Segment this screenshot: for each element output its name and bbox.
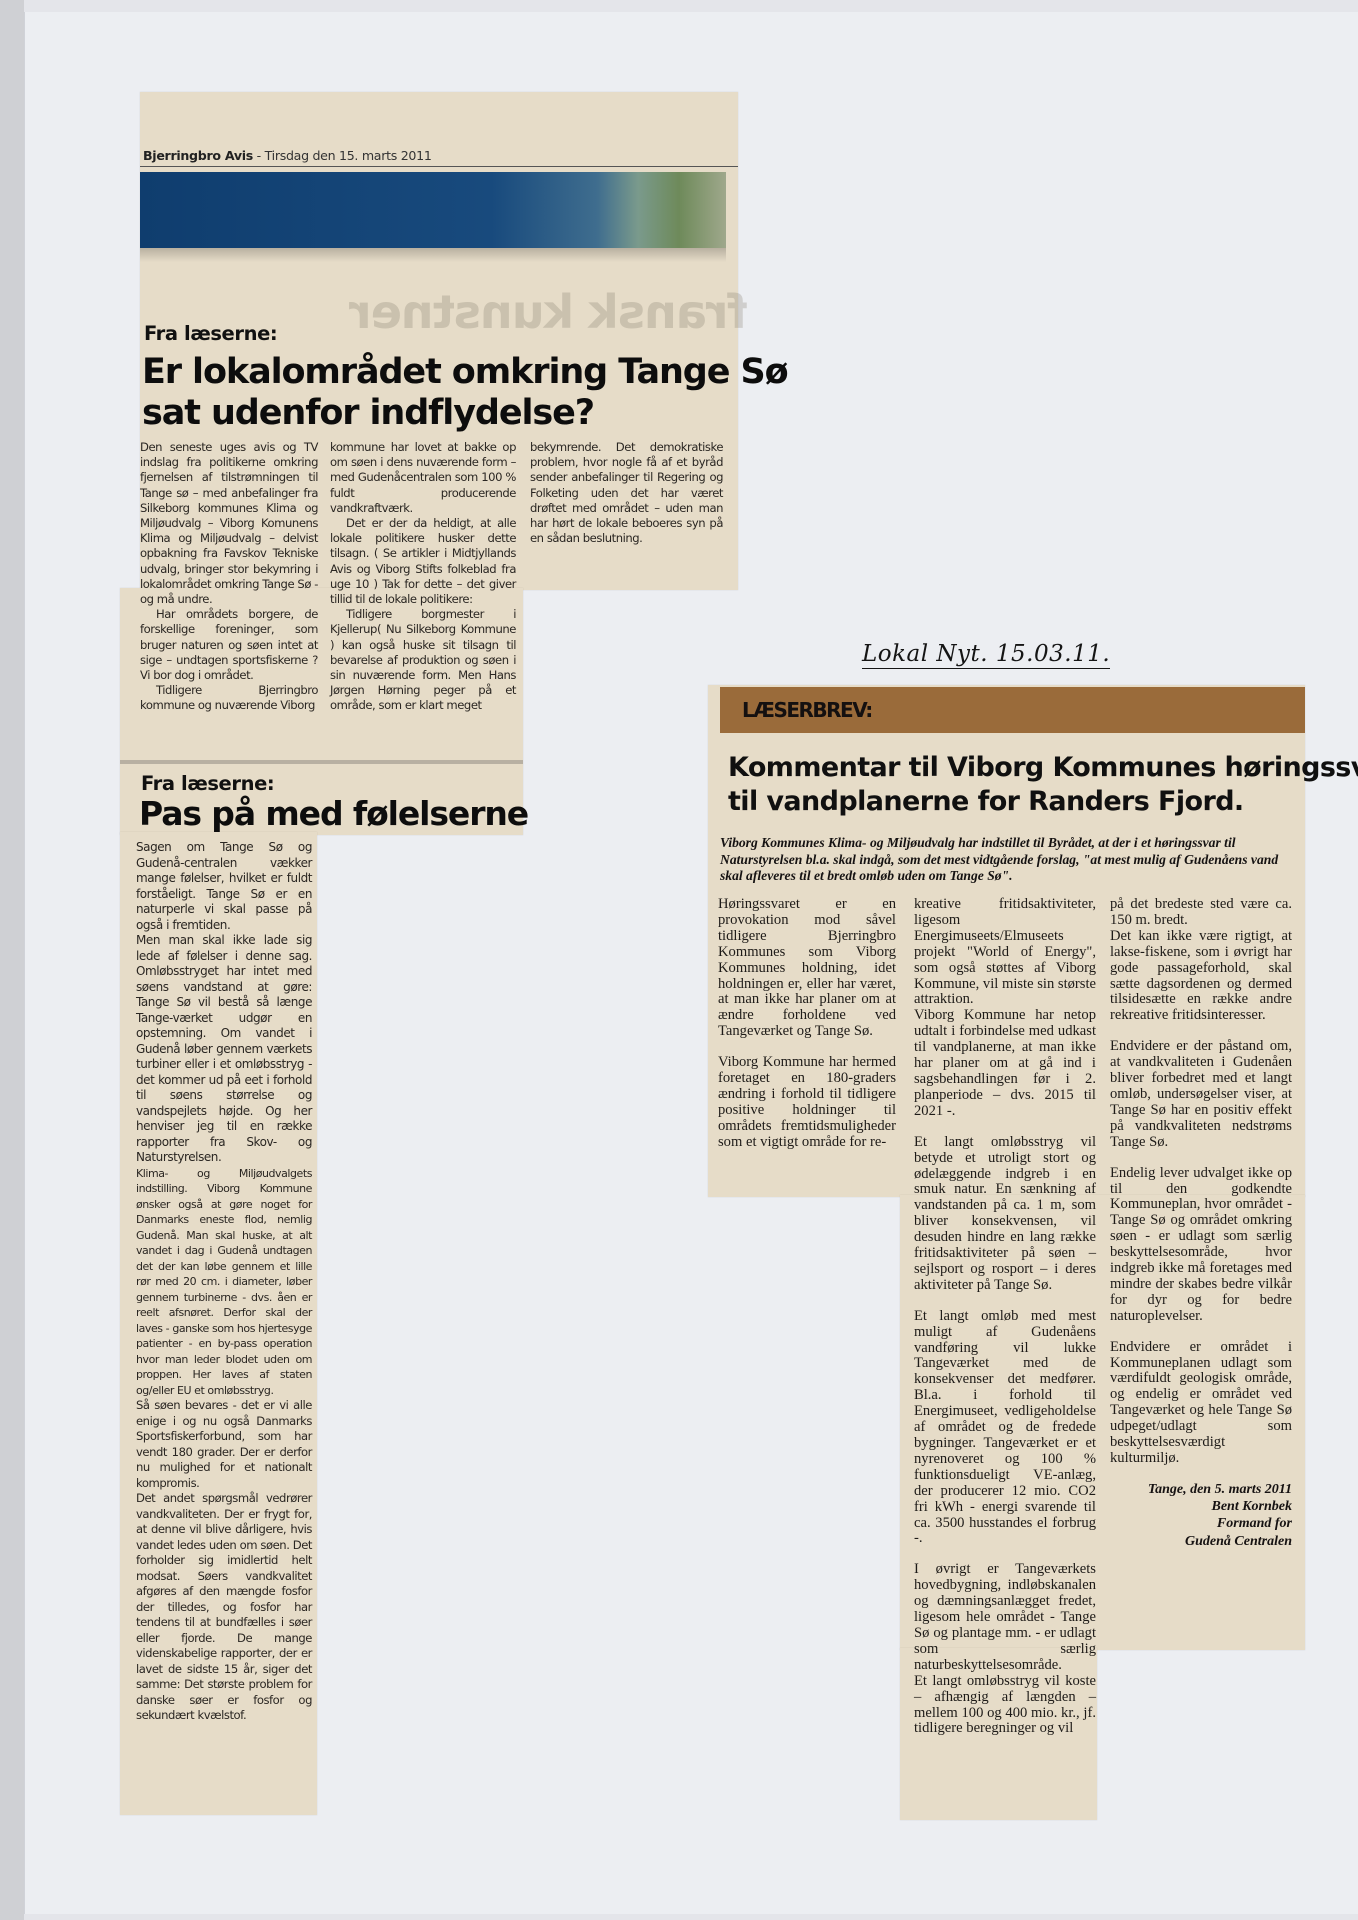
paragraph: Det er der da heldigt, at alle lokale po…: [330, 516, 516, 607]
article1-headline-line1: Er lokalområdet omkring Tange Sø: [142, 352, 788, 392]
paragraph: Det andet spørgsmål vedrører vandkvalite…: [136, 1491, 312, 1724]
article2-headline: Pas på med følelserne: [139, 794, 528, 834]
paragraph: I øvrigt er Tangeværkets hovedbygning, i…: [914, 1562, 1096, 1673]
article2-kicker: Fra læserne:: [141, 772, 274, 795]
paragraph: Den seneste uges avis og TV indslag fra …: [140, 440, 318, 607]
paragraph: Et langt omløb med mest muligt af Gudenå…: [914, 1309, 1096, 1548]
paragraph: Tidligere borgmester i Kjellerup( Nu Sil…: [330, 607, 516, 713]
paragraph: på det bredeste sted være ca. 150 m. bre…: [1110, 897, 1292, 929]
paragraph: Viborg Kommune har hermed foretaget en 1…: [718, 1055, 896, 1150]
paragraph: bekymrende. Det demokratiske problem, hv…: [530, 440, 723, 546]
paragraph: Har områdets borgere, de forskellige for…: [140, 607, 318, 683]
paragraph: kommune har lovet at bakke op om søen i …: [330, 440, 516, 516]
paragraph: Endelig lever udvalget ikke op til den g…: [1110, 1166, 1292, 1325]
article1-kicker: Fra læserne:: [144, 322, 277, 345]
article1-column-3: bekymrende. Det demokratiske problem, hv…: [530, 440, 723, 546]
paragraph: Høringssvaret er en provokation mod såve…: [718, 897, 896, 1040]
signature-name: Bent Kornbek: [1110, 1498, 1292, 1515]
paragraph: Sagen om Tange Sø og Gudenå-centralen væ…: [136, 840, 312, 933]
handwritten-note: Lokal Nyt. 15.03.11.: [862, 641, 1110, 669]
clipping2-column-3: på det bredeste sted være ca. 150 m. bre…: [1110, 897, 1292, 1550]
article1-column-2: kommune har lovet at bakke op om søen i …: [330, 440, 516, 714]
signature-place-date: Tange, den 5. marts 2011: [1110, 1481, 1292, 1498]
paragraph: Endvidere er der påstand om, at vandkval…: [1110, 1039, 1292, 1150]
signature: Tange, den 5. marts 2011 Bent Kornbek Fo…: [1110, 1481, 1292, 1550]
paragraph: Men man skal ikke lade sig lede af følel…: [136, 933, 312, 1166]
issue-date: - Tirsdag den 15. marts 2011: [253, 148, 432, 163]
signature-org: Gudenå Centralen: [1110, 1533, 1292, 1550]
bleed-through-text: fransk kunstner: [350, 285, 748, 339]
laeserbrev-label: LÆSERBREV:: [742, 698, 872, 722]
banner-shadow: [140, 248, 726, 262]
masthead: Bjerringbro Avis - Tirsdag den 15. marts…: [143, 148, 432, 163]
article1-headline-line2: sat udenfor indflydelse?: [142, 393, 594, 433]
article-divider: [120, 760, 523, 764]
paragraph: kreative fritidsaktiviteter, ligesom Ene…: [914, 897, 1096, 1008]
paragraph: Viborg Kommune har netop udtalt i forbin…: [914, 1008, 1096, 1119]
clipping2-column-1: Høringssvaret er en provokation mod såve…: [718, 897, 896, 1151]
clipping2-lede: Viborg Kommunes Klima- og Miljøudvalg ha…: [720, 835, 1298, 885]
newspaper-name: Bjerringbro Avis: [143, 148, 253, 163]
paragraph: Endvidere er området i Kommuneplanen udl…: [1110, 1340, 1292, 1467]
article1-column-1: Den seneste uges avis og TV indslag fra …: [140, 440, 318, 714]
paragraph: Et langt omløbsstryg vil betyde et utrol…: [914, 1135, 1096, 1294]
clipping2-headline-line2: til vandplanerne for Randers Fjord.: [728, 786, 1244, 818]
lake-photo-banner: [140, 172, 726, 248]
paragraph: Tidligere Bjerringbro kommune og nuværen…: [140, 683, 318, 713]
article2-body: Sagen om Tange Sø og Gudenå-centralen væ…: [136, 840, 312, 1724]
scan-edge: [0, 0, 24, 1920]
clipping2-column-2: kreative fritidsaktiviteter, ligesom Ene…: [914, 897, 1096, 1737]
paragraph: Et langt omløbsstryg vil koste – afhængi…: [914, 1674, 1096, 1738]
paragraph: Så søen bevares - det er vi alle enige i…: [136, 1398, 312, 1491]
paragraph: Det kan ikke være rigtigt, at lakse-fisk…: [1110, 929, 1292, 1024]
clipping2-headline-line1: Kommentar til Viborg Kommunes høringssva…: [728, 752, 1358, 784]
masthead-rule: [140, 166, 738, 167]
signature-title: Formand for: [1110, 1515, 1292, 1532]
paragraph: Klima- og Miljøudvalgets indstilling. Vi…: [136, 1166, 312, 1399]
